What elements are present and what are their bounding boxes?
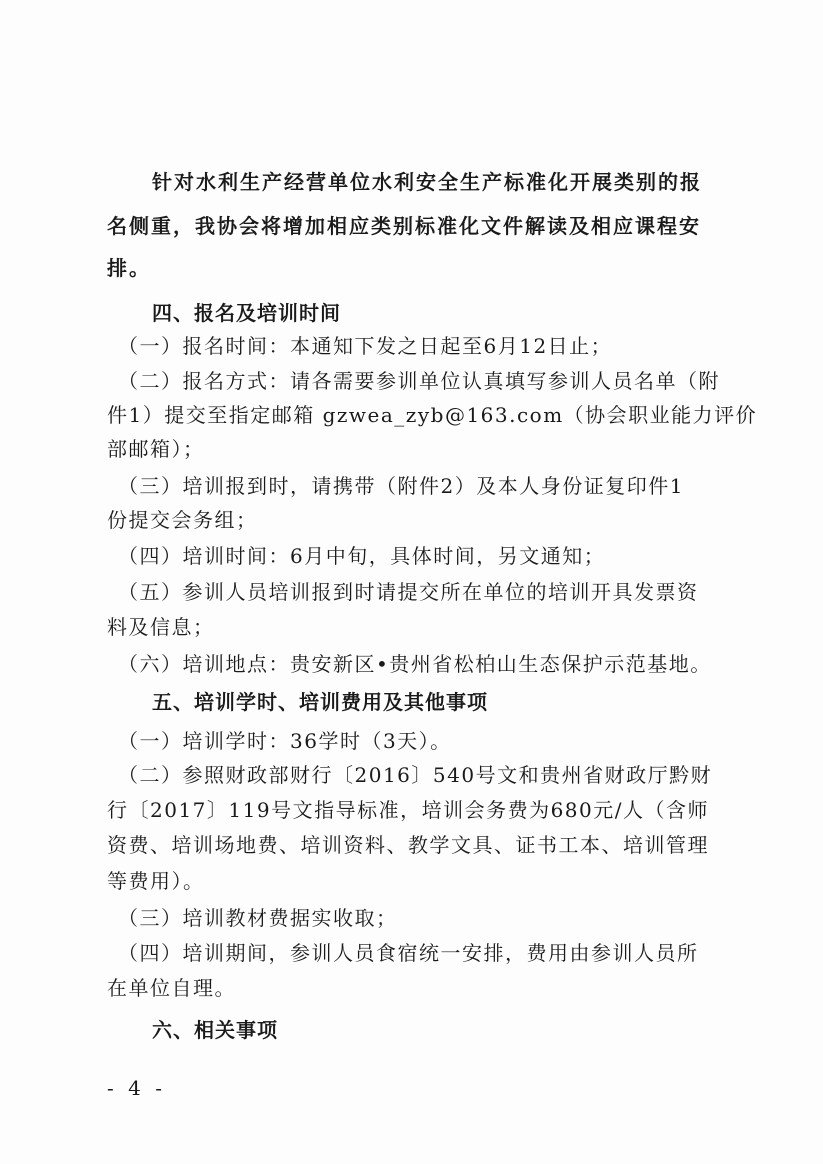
paragraph-line: （四）培训时间：6月中旬，具体时间，另文通知； [118,544,738,568]
paragraph-line: （四）培训期间，参训人员食宿统一安排，费用由参训人员所 [118,941,738,965]
paragraph-line: （一）报名时间：本通知下发之日起至6月12日止； [118,334,738,358]
paragraph-line: 料及信息； [107,615,727,639]
paragraph-line: 排。 [107,256,727,280]
paragraph-line: 针对水利生产经营单位水利安全生产标准化开展类别的报 [152,170,772,194]
paragraph-line: （一）培训学时：36学时（3天）。 [118,729,738,753]
paragraph-line: 份提交会务组； [107,508,727,532]
paragraph-line: 名侧重，我协会将增加相应类别标准化文件解读及相应课程安 [107,214,727,238]
paragraph-line: （三）培训报到时，请携带（附件2）及本人身份证复印件1 [118,474,738,498]
section-heading-6: 六、相关事项 [152,1018,772,1042]
paragraph-line: （三）培训教材费据实收取； [118,906,738,930]
paragraph-line: （二）参照财政部财行〔2016〕540号文和贵州省财政厅黔财 [118,763,738,787]
section-heading-4: 四、报名及培训时间 [152,301,772,325]
paragraph-line: 件1）提交至指定邮箱 gzwea_zyb@163.com（协会职业能力评价 [107,403,727,427]
paragraph-line: 等费用）。 [107,869,727,893]
paragraph-line: 在单位自理。 [107,976,727,1000]
paragraph-line: （五）参训人员培训报到时请提交所在单位的培训开具发票资 [118,580,738,604]
paragraph-line: 行〔2017〕119号文指导标准，培训会务费为680元/人（含师 [107,798,727,822]
paragraph-line: （二）报名方式：请各需要参训单位认真填写参训人员名单（附 [118,369,738,393]
section-heading-5: 五、培训学时、培训费用及其他事项 [152,690,772,714]
page-number: - 4 - [107,1076,166,1100]
paragraph-line: （六）培训地点：贵安新区•贵州省松柏山生态保护示范基地。 [118,652,738,676]
paragraph-line: 部邮箱）； [107,437,727,461]
paragraph-line: 资费、培训场地费、培训资料、教学文具、证书工本、培训管理 [107,833,727,857]
